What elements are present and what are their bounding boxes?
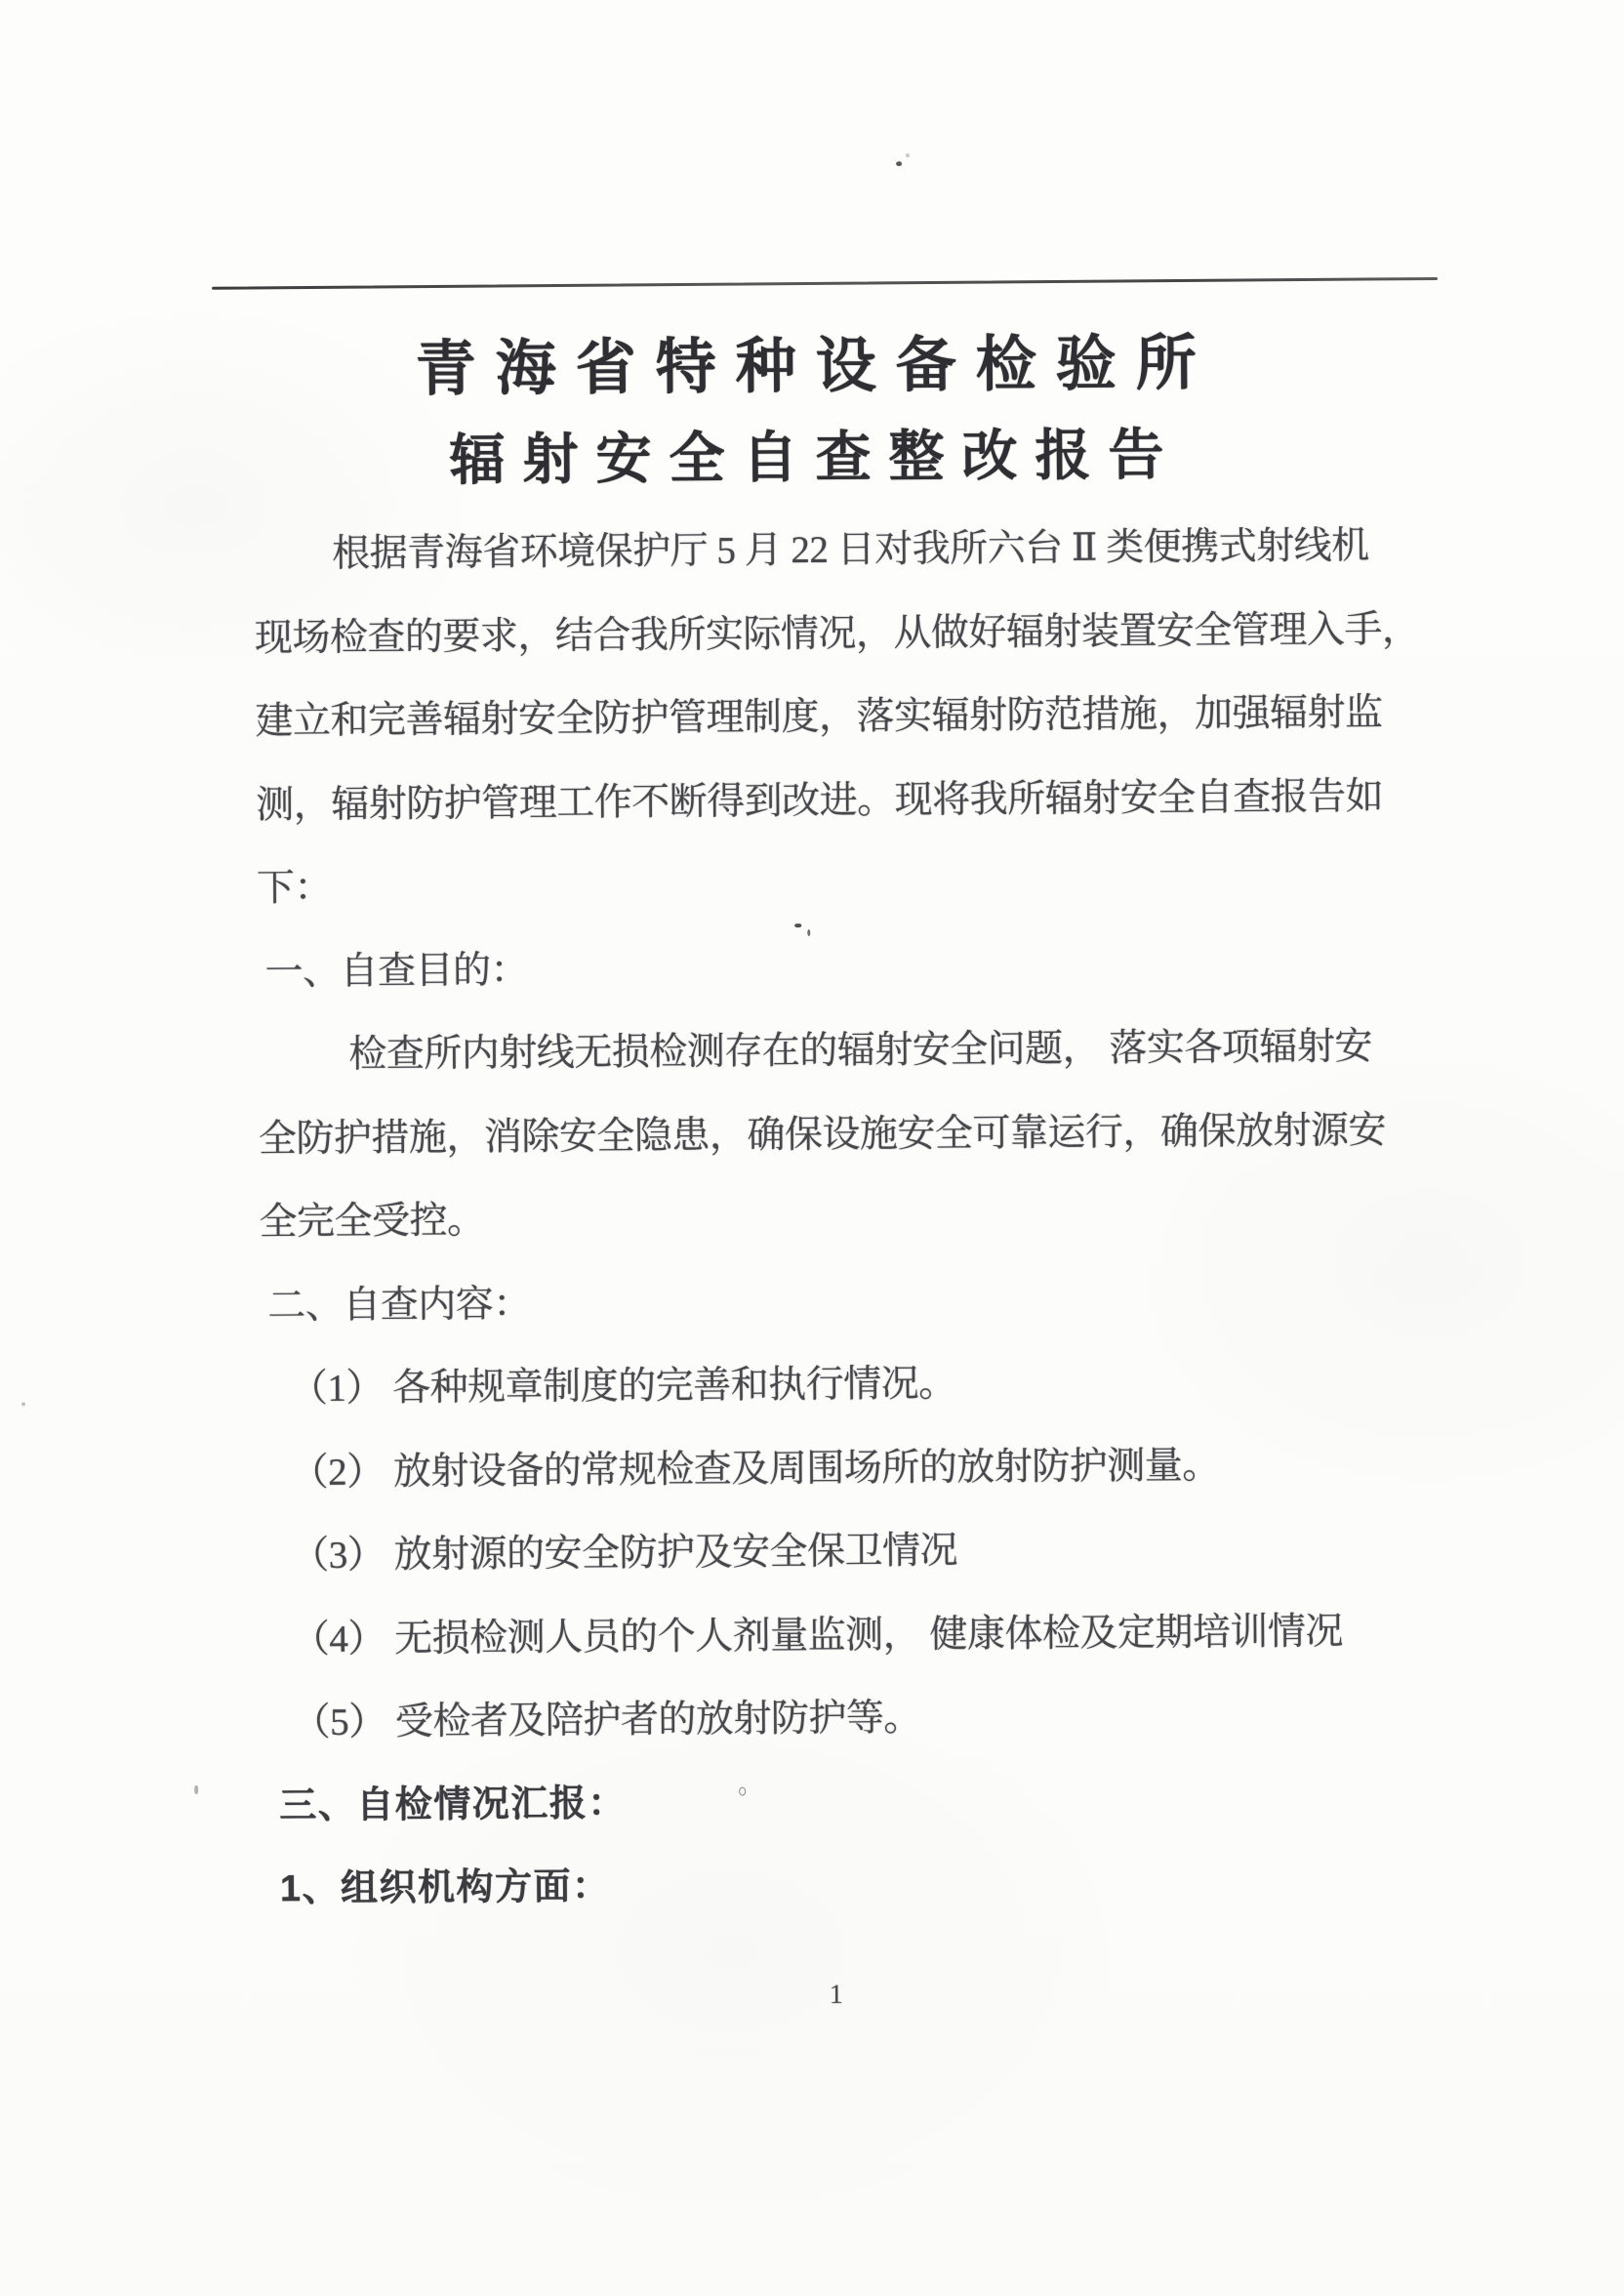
document-title: 青海省特种设备检验所 <box>0 313 1618 420</box>
page-number: 1 <box>830 1976 843 2015</box>
section-heading: 一、自查目的： <box>257 922 1390 1014</box>
list-item: （2） 放射设备的常规检查及周围场所的放射防护测量。 <box>261 1422 1394 1515</box>
scan-speck <box>794 923 801 927</box>
scanned-document-page: { "page": { "title_line1": "青海省特种设备检验所",… <box>0 0 1624 2296</box>
section-heading: 三、自检情况汇报： <box>264 1756 1397 1849</box>
header-rule <box>212 277 1438 290</box>
list-item: （1） 各种规章制度的完善和执行情况。 <box>261 1338 1394 1431</box>
body-line: 建立和完善辐射安全防护管理制度，落实辐射防范措施，加强辐射监 <box>255 671 1388 763</box>
scan-speck <box>194 1785 198 1794</box>
body-line: 下： <box>257 838 1390 930</box>
scan-speck <box>906 153 910 157</box>
scan-content: 青海省特种设备检验所 辐射安全自查整改报告 根据青海省环境保护厅 5 月 22 … <box>0 0 1624 2296</box>
list-item: （4） 无损检测人员的个人剂量监测， 健康体检及定期培训情况 <box>263 1589 1396 1682</box>
document-body: 根据青海省环境保护厅 5 月 22 日对我所六台 Ⅱ 类便携式射线机 现场检查的… <box>254 504 1397 1932</box>
scan-speck <box>739 1787 746 1796</box>
list-item: （3） 放射源的安全防护及安全保卫情况 <box>262 1505 1395 1598</box>
body-line: 检查所内射线无损检测存在的辐射安全问题， 落实各项辐射安 <box>258 1004 1391 1097</box>
section-heading: 1、组织机构方面： <box>264 1839 1398 1932</box>
scan-speck <box>21 1402 25 1406</box>
body-line: 根据青海省环境保护厅 5 月 22 日对我所六台 Ⅱ 类便携式射线机 <box>254 504 1387 596</box>
section-heading: 二、自查内容： <box>260 1255 1393 1348</box>
body-line: 现场检查的要求，结合我所实际情况，从做好辐射装置安全管理入手， <box>255 588 1388 680</box>
body-line: 全完全受控。 <box>259 1171 1392 1264</box>
scan-speck <box>807 929 810 936</box>
body-line: 测，辐射防护管理工作不断得到改进。现将我所辐射安全自查报告如 <box>256 755 1389 847</box>
list-item: （5） 受检者及陪护者的放射防护等。 <box>263 1672 1396 1765</box>
body-line: 全防护措施，消除安全隐患，确保设施安全可靠运行，确保放射源安 <box>259 1088 1392 1181</box>
document-subtitle: 辐射安全自查整改报告 <box>0 407 1619 510</box>
scan-speck <box>896 161 902 166</box>
